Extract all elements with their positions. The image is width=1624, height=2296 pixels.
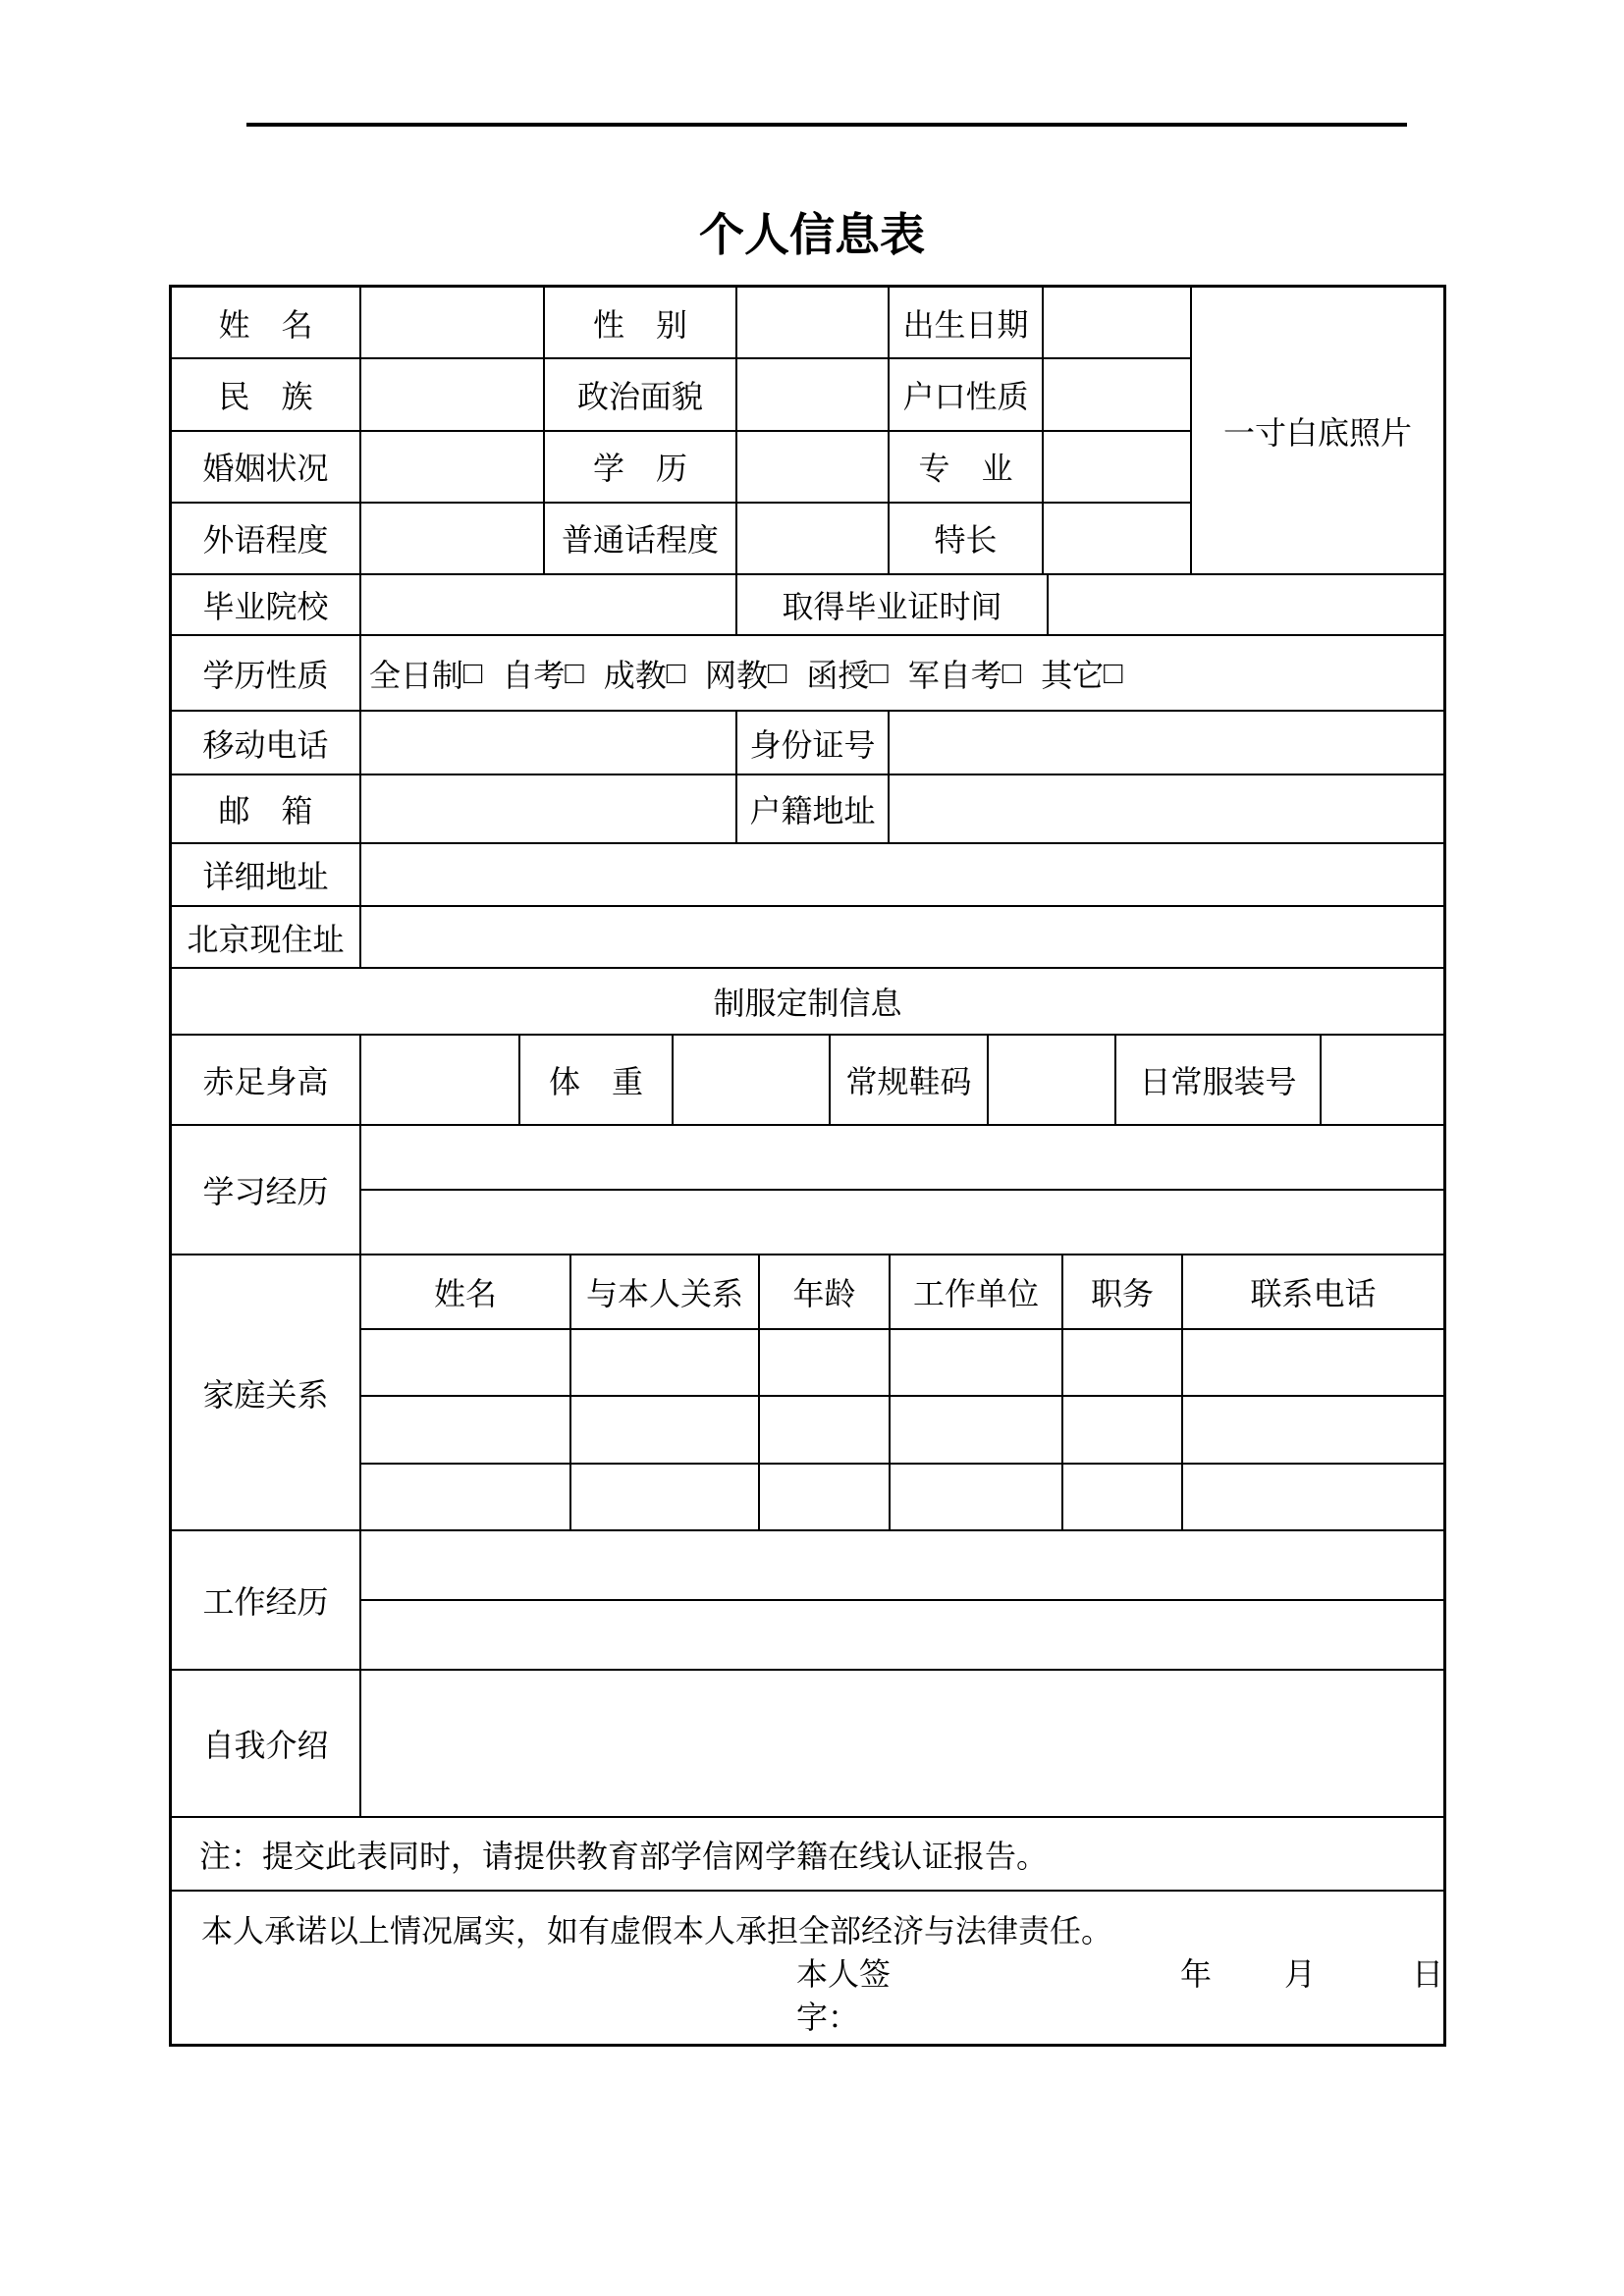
family-relation-cell[interactable]: [571, 1465, 760, 1529]
barefoot-height-label: 赤足身高: [172, 1036, 361, 1124]
marital-status-value-cell[interactable]: [361, 432, 545, 502]
pledge-section: 本人承诺以上情况属实，如有虚假本人承担全部经济与法律责任。 本人签字： 年 月 …: [172, 1892, 1443, 2044]
checkbox-icon: □: [463, 655, 482, 691]
family-name-cell[interactable]: [361, 1330, 571, 1395]
family-relation-cell[interactable]: [571, 1397, 760, 1462]
signature-year-label: 年: [1180, 1952, 1212, 2039]
family-phone-header: 联系电话: [1183, 1255, 1443, 1328]
id-number-value-cell[interactable]: [890, 712, 1443, 774]
table-row: 民 族 政治面貌 户口性质: [172, 359, 1190, 431]
pledge-text: 本人承诺以上情况属实，如有虚假本人承担全部经济与法律责任。: [172, 1909, 1443, 1952]
family-age-header: 年龄: [760, 1255, 891, 1328]
family-relations-table: 姓名 与本人关系 年龄 工作单位 职务 联系电话: [361, 1255, 1443, 1529]
email-address-row: 邮 箱 户籍地址: [172, 775, 1443, 844]
note-text: 注：提交此表同时，请提供教育部学信网学籍在线认证报告。: [172, 1818, 1443, 1890]
cert-time-label: 取得毕业证时间: [737, 575, 1049, 634]
mobile-label: 移动电话: [172, 712, 361, 774]
marital-status-label: 婚姻状况: [172, 432, 361, 502]
page-title: 个人信息表: [0, 210, 1624, 261]
name-value-cell[interactable]: [361, 288, 545, 357]
beijing-address-row: 北京现住址: [172, 907, 1443, 969]
family-phone-cell[interactable]: [1183, 1330, 1443, 1395]
gender-value-cell[interactable]: [737, 288, 890, 357]
detailed-address-value-cell[interactable]: [361, 844, 1443, 905]
major-label: 专 业: [890, 432, 1044, 502]
detailed-address-label: 详细地址: [172, 844, 361, 905]
family-name-cell[interactable]: [361, 1465, 571, 1529]
family-employer-cell[interactable]: [891, 1330, 1063, 1395]
beijing-address-label: 北京现住址: [172, 907, 361, 967]
birth-date-value-cell[interactable]: [1044, 288, 1190, 357]
option-label: 自考: [502, 651, 565, 696]
option-label: 成教: [604, 651, 667, 696]
gender-label: 性 别: [545, 288, 737, 357]
signature-line: 本人签字： 年 月 日: [172, 1952, 1443, 2039]
specialty-label: 特长: [890, 504, 1044, 573]
work-experience-section: 工作经历: [172, 1531, 1443, 1671]
family-relation-cell[interactable]: [571, 1330, 760, 1395]
beijing-address-value-cell[interactable]: [361, 907, 1443, 967]
family-age-cell[interactable]: [760, 1465, 891, 1529]
shoe-size-label: 常规鞋码: [831, 1036, 989, 1124]
family-row: [361, 1330, 1443, 1397]
mandarin-level-label: 普通话程度: [545, 504, 737, 573]
study-experience-label: 学习经历: [172, 1126, 361, 1254]
household-type-value-cell[interactable]: [1044, 359, 1190, 429]
checkbox-icon: □: [667, 655, 685, 691]
family-position-header: 职务: [1063, 1255, 1183, 1328]
signature-month-label: 月: [1284, 1952, 1316, 2039]
basic-info-grid: 姓 名 性 别 出生日期 民 族 政治面貌 户口性质 婚姻状况: [172, 288, 1192, 573]
education-type-row: 学历性质 全日制□ 自考□ 成教□ 网教□ 函授□ 军自考□ 其它□: [172, 636, 1443, 712]
basic-info-section: 姓 名 性 别 出生日期 民 族 政治面貌 户口性质 婚姻状况: [172, 288, 1443, 575]
education-value-cell[interactable]: [737, 432, 890, 502]
study-experience-line-2[interactable]: [361, 1191, 1443, 1254]
family-age-cell[interactable]: [760, 1330, 891, 1395]
edu-type-option-selfstudy[interactable]: 自考□: [502, 651, 583, 696]
edu-type-option-online[interactable]: 网教□: [705, 651, 786, 696]
family-name-cell[interactable]: [361, 1397, 571, 1462]
clothing-size-value-cell[interactable]: [1322, 1036, 1443, 1124]
checkbox-icon: □: [768, 655, 786, 691]
checkbox-icon: □: [565, 655, 583, 691]
specialty-value-cell[interactable]: [1044, 504, 1190, 573]
ethnicity-label: 民 族: [172, 359, 361, 429]
mobile-value-cell[interactable]: [361, 712, 737, 774]
email-label: 邮 箱: [172, 775, 361, 842]
family-employer-header: 工作单位: [891, 1255, 1063, 1328]
checkbox-icon: □: [1104, 655, 1122, 691]
option-label: 其它: [1041, 651, 1104, 696]
option-label: 网教: [705, 651, 768, 696]
graduation-row: 毕业院校 取得毕业证时间: [172, 575, 1443, 636]
family-employer-cell[interactable]: [891, 1465, 1063, 1529]
self-introduction-area[interactable]: [361, 1671, 1443, 1816]
work-experience-lines: [361, 1531, 1443, 1669]
uniform-section-header-row: 制服定制信息: [172, 969, 1443, 1036]
ethnicity-value-cell[interactable]: [361, 359, 545, 429]
family-age-cell[interactable]: [760, 1397, 891, 1462]
uniform-measurements-row: 赤足身高 体 重 常规鞋码 日常服装号: [172, 1036, 1443, 1126]
political-status-value-cell[interactable]: [737, 359, 890, 429]
family-relations-section: 家庭关系 姓名 与本人关系 年龄 工作单位 职务 联系电话: [172, 1255, 1443, 1531]
registered-address-label: 户籍地址: [737, 775, 890, 842]
registered-address-value-cell[interactable]: [890, 775, 1443, 842]
education-label: 学 历: [545, 432, 737, 502]
edu-type-option-other[interactable]: 其它□: [1041, 651, 1122, 696]
cert-time-value-cell[interactable]: [1049, 575, 1443, 634]
education-type-label: 学历性质: [172, 636, 361, 710]
header-rule: [246, 123, 1407, 127]
email-value-cell[interactable]: [361, 775, 737, 842]
option-label: 军自考: [908, 651, 1002, 696]
mobile-id-row: 移动电话 身份证号: [172, 712, 1443, 775]
family-row: [361, 1465, 1443, 1529]
birth-date-label: 出生日期: [890, 288, 1044, 357]
weight-value-cell[interactable]: [674, 1036, 831, 1124]
table-row: 姓 名 性 别 出生日期: [172, 288, 1190, 359]
study-experience-section: 学习经历: [172, 1126, 1443, 1255]
edu-type-option-correspondence[interactable]: 函授□: [806, 651, 888, 696]
foreign-language-value-cell[interactable]: [361, 504, 545, 573]
family-phone-cell[interactable]: [1183, 1465, 1443, 1529]
id-number-label: 身份证号: [737, 712, 890, 774]
option-label: 全日制: [369, 651, 463, 696]
name-label: 姓 名: [172, 288, 361, 357]
note-row: 注：提交此表同时，请提供教育部学信网学籍在线认证报告。: [172, 1818, 1443, 1892]
study-experience-line-1[interactable]: [361, 1126, 1443, 1191]
table-row: 婚姻状况 学 历 专 业: [172, 432, 1190, 504]
checkbox-icon: □: [1002, 655, 1021, 691]
document-page: 个人信息表 姓 名 性 别 出生日期 民 族 政治面貌 户口性质: [0, 0, 1624, 2296]
study-experience-lines: [361, 1126, 1443, 1254]
political-status-label: 政治面貌: [545, 359, 737, 429]
family-position-cell[interactable]: [1063, 1330, 1183, 1395]
mandarin-level-value-cell[interactable]: [737, 504, 890, 573]
work-experience-label: 工作经历: [172, 1531, 361, 1669]
edu-type-option-fulltime[interactable]: 全日制□: [369, 651, 482, 696]
family-position-cell[interactable]: [1063, 1397, 1183, 1462]
education-type-options: 全日制□ 自考□ 成教□ 网教□ 函授□ 军自考□ 其它□: [361, 636, 1443, 710]
work-experience-line-1[interactable]: [361, 1531, 1443, 1601]
option-label: 函授: [806, 651, 869, 696]
self-introduction-section: 自我介绍: [172, 1671, 1443, 1818]
family-position-cell[interactable]: [1063, 1465, 1183, 1529]
edu-type-option-adult[interactable]: 成教□: [604, 651, 685, 696]
family-table-header-row: 姓名 与本人关系 年龄 工作单位 职务 联系电话: [361, 1255, 1443, 1330]
work-experience-line-2[interactable]: [361, 1601, 1443, 1669]
shoe-size-value-cell[interactable]: [989, 1036, 1116, 1124]
family-row: [361, 1397, 1443, 1464]
checkbox-icon: □: [869, 655, 888, 691]
weight-label: 体 重: [520, 1036, 674, 1124]
table-row: 外语程度 普通话程度 特长: [172, 504, 1190, 573]
edu-type-option-military[interactable]: 军自考□: [908, 651, 1021, 696]
pledge-cell: 本人承诺以上情况属实，如有虚假本人承担全部经济与法律责任。 本人签字： 年 月 …: [172, 1892, 1443, 2044]
family-relation-header: 与本人关系: [571, 1255, 760, 1328]
family-employer-cell[interactable]: [891, 1397, 1063, 1462]
foreign-language-label: 外语程度: [172, 504, 361, 573]
detailed-address-row: 详细地址: [172, 844, 1443, 907]
self-introduction-label: 自我介绍: [172, 1671, 361, 1816]
household-type-label: 户口性质: [890, 359, 1044, 429]
barefoot-height-value-cell[interactable]: [361, 1036, 520, 1124]
personal-info-table: 姓 名 性 别 出生日期 民 族 政治面貌 户口性质 婚姻状况: [169, 285, 1446, 2047]
photo-placeholder-cell[interactable]: 一寸白底照片: [1192, 288, 1443, 573]
family-name-header: 姓名: [361, 1255, 571, 1328]
graduation-school-value-cell[interactable]: [361, 575, 737, 634]
signature-day-label: 日: [1412, 1952, 1443, 2039]
family-phone-cell[interactable]: [1183, 1397, 1443, 1462]
signature-label: 本人签字：: [796, 1952, 944, 2039]
major-value-cell[interactable]: [1044, 432, 1190, 502]
family-relations-label: 家庭关系: [172, 1255, 361, 1529]
graduation-school-label: 毕业院校: [172, 575, 361, 634]
clothing-size-label: 日常服装号: [1116, 1036, 1322, 1124]
uniform-section-title: 制服定制信息: [172, 969, 1443, 1034]
